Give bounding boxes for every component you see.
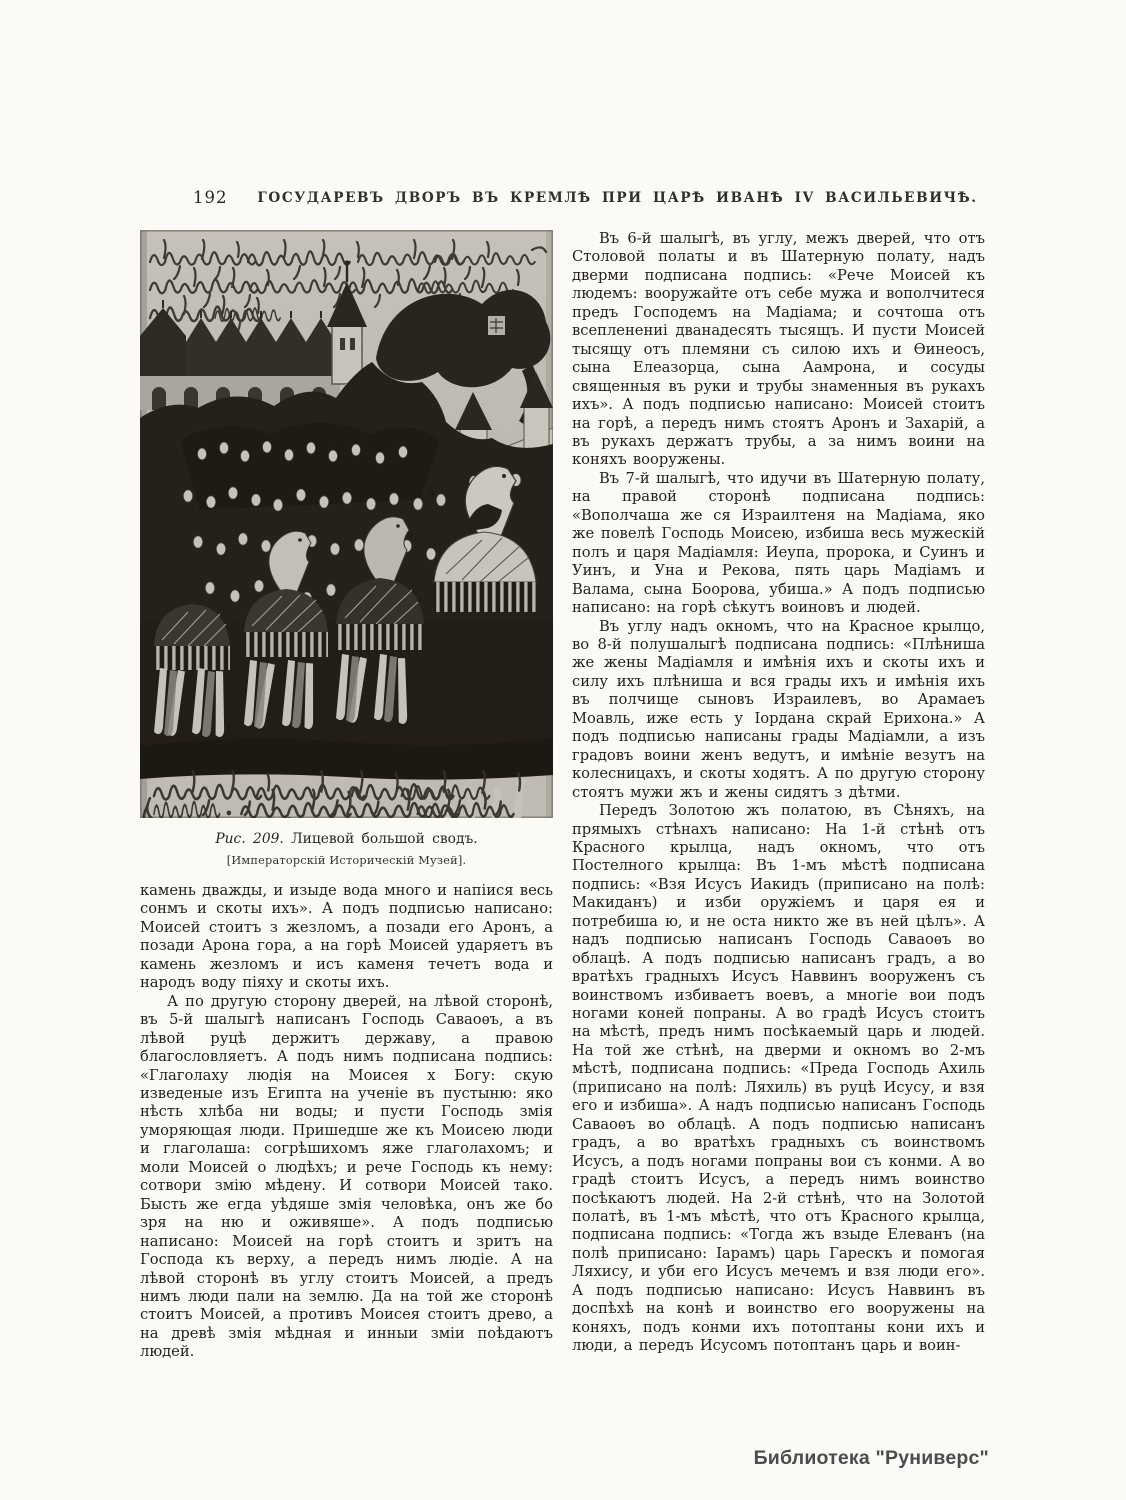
paragraph: А по другую сторону дверей, на лѣвой сто… [140,993,553,1362]
page-header: 192 ГОСУДАРЕВЪ ДВОРЪ ВЪ КРЕМЛѢ ПРИ ЦАРѢ … [140,188,985,210]
running-title: ГОСУДАРЕВЪ ДВОРЪ ВЪ КРЕМЛѢ ПРИ ЦАРѢ ИВАН… [250,190,985,206]
paragraph: камень дважды, и изыде вода много и напі… [140,882,553,993]
left-column: Рис. 209. Лицевой большой сводъ. [Импера… [140,230,553,1362]
right-column: Въ 6-й шалыгѣ, въ углу, межъ дверей, что… [572,230,985,1362]
left-column-text: камень дважды, и изыде вода много и напі… [140,882,553,1362]
library-watermark: Библиотека "Руниверс" [754,1447,989,1470]
miniature-illustration-icon [140,230,553,818]
paragraph: Передъ Золотою жъ полатою, въ Сѣняхъ, на… [572,802,985,1356]
page-number: 192 [193,188,228,207]
figure-credit: [Императорскій Историческій Музей]. [140,854,553,867]
figure-caption-title: Лицевой большой сводъ. [291,831,477,847]
figure-caption-label: Рис. 209. [215,831,283,847]
figure-miniature: Рис. 209. Лицевой большой сводъ. [Импера… [140,230,553,867]
ground-strip [140,738,553,780]
figure-caption: Рис. 209. Лицевой большой сводъ. [140,831,553,847]
paragraph: Въ 6-й шалыгѣ, въ углу, межъ дверей, что… [572,230,985,470]
book-page: 192 ГОСУДАРЕВЪ ДВОРЪ ВЪ КРЕМЛѢ ПРИ ЦАРѢ … [0,0,1126,1500]
paragraph: Въ углу надъ окномъ, что на Красное крыл… [572,618,985,803]
right-column-text: Въ 6-й шалыгѣ, въ углу, межъ дверей, что… [572,230,985,1356]
two-column-text-block: Рис. 209. Лицевой большой сводъ. [Импера… [140,230,985,1362]
paragraph: Въ 7-й шалыгѣ, что идучи въ Шатерную пол… [572,470,985,618]
